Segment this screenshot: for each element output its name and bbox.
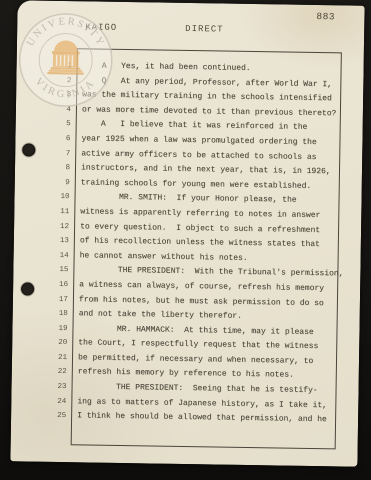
transcript-text: A Yes, it had been continued. Q At any p… bbox=[77, 59, 347, 428]
line-number-column: 1 2 3 4 5 6 7 8 9 10 11 12 13 14 15 16 1… bbox=[45, 59, 72, 424]
hole-punch-bottom bbox=[21, 282, 34, 295]
transcript-page: 883 KAIGO DIRECT 1 2 3 4 5 6 7 8 9 10 11… bbox=[10, 0, 364, 466]
hole-punch-top bbox=[22, 143, 35, 156]
page-number: 883 bbox=[316, 11, 335, 22]
header-witness-name: KAIGO bbox=[85, 22, 117, 33]
header-examination-type: DIRECT bbox=[185, 24, 224, 35]
